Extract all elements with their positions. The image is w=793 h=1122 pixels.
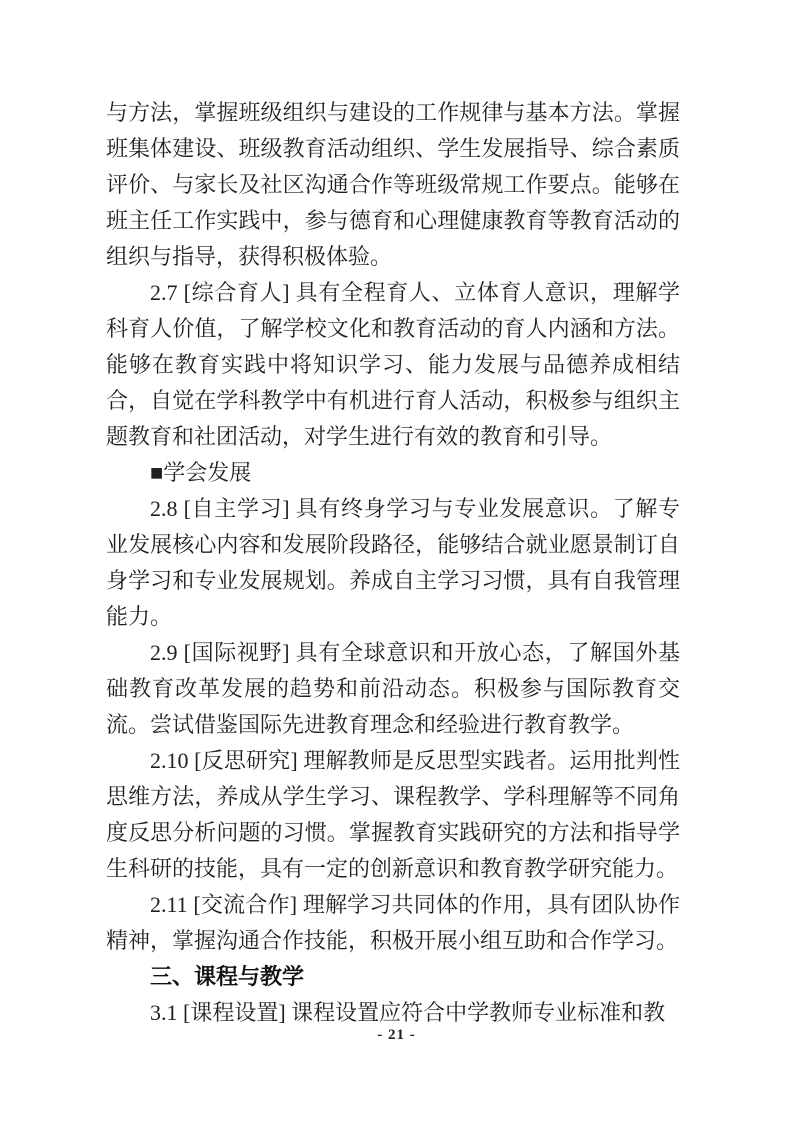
paragraph-2-10-reflective-research: 2.10 [反思研究] 理解教师是反思型实践者。运用批判性思维方法，养成从学生学… [106, 743, 680, 887]
paragraph-3-1-curriculum-setup: 3.1 [课程设置] 课程设置应符合中学教师专业标准和教 [106, 995, 680, 1031]
document-page: 与方法，掌握班级组织与建设的工作规律与基本方法。掌握班集体建设、班级教育活动组织… [0, 0, 793, 1122]
paragraph-2-9-international-perspective: 2.9 [国际视野] 具有全球意识和开放心态，了解国外基础教育改革发展的趋势和前… [106, 635, 680, 743]
paragraph-2-11-communication-cooperation: 2.11 [交流合作] 理解学习共同体的作用，具有团队协作精神，掌握沟通合作技能… [106, 887, 680, 959]
heading-section-3-curriculum-and-teaching: 三、课程与教学 [106, 959, 680, 995]
page-body: 与方法，掌握班级组织与建设的工作规律与基本方法。掌握班集体建设、班级教育活动组织… [106, 95, 680, 1031]
paragraph-continued-2-6: 与方法，掌握班级组织与建设的工作规律与基本方法。掌握班集体建设、班级教育活动组织… [106, 95, 680, 275]
page-number: - 21 - [0, 1027, 793, 1044]
paragraph-2-8-self-learning: 2.8 [自主学习] 具有终身学习与专业发展意识。了解专业发展核心内容和发展阶段… [106, 491, 680, 635]
subheading-learn-to-develop: ■学会发展 [106, 455, 680, 491]
paragraph-2-7-comprehensive-education: 2.7 [综合育人] 具有全程育人、立体育人意识，理解学科育人价值，了解学校文化… [106, 275, 680, 455]
